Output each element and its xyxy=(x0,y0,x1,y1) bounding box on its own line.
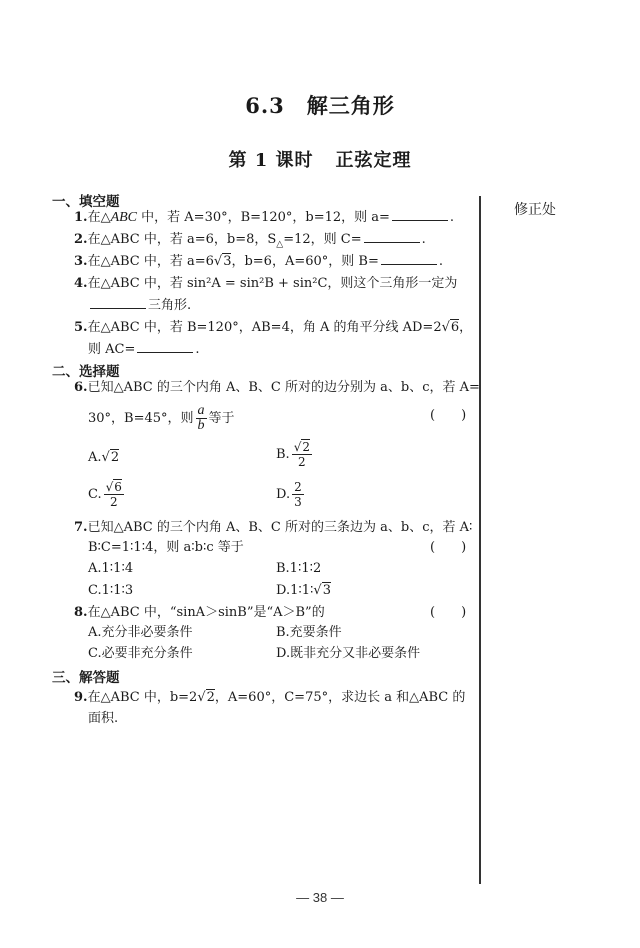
question-5: 5.在△ABC 中，若 B=120°，AB=4，角 A 的角平分线 AD=2√6… xyxy=(74,318,474,338)
question-3: 3.在△ABC 中，若 a=6√3，b=6，A=60°，则 B=. xyxy=(74,252,474,272)
question-text: 等于 xyxy=(209,411,235,426)
question-number: 6. xyxy=(74,380,88,395)
question-text: 在△ABC 中，若 sin²A = sin²B + sin²C，则这个三角形一定… xyxy=(88,276,458,291)
sqrt-radicand: 2 xyxy=(206,689,215,705)
question-5-line-2: 则 AC=. xyxy=(88,340,488,360)
answer-parentheses[interactable]: ( ) xyxy=(430,406,466,426)
option-label: C. xyxy=(88,487,102,502)
option-d[interactable]: D.1∶1∶√3 xyxy=(276,581,331,601)
question-4: 4.在△ABC 中，若 sin²A = sin²B + sin²C，则这个三角形… xyxy=(74,274,474,294)
question-number: 7. xyxy=(74,520,88,535)
answer-parentheses[interactable]: ( ) xyxy=(430,538,466,558)
fraction: √22 xyxy=(292,440,312,469)
question-text: 在△ABC 中，“sinA＞sinB”是“A＞B”的 xyxy=(88,605,325,620)
question-text: 在△ABC 中，若 a=6 xyxy=(88,254,214,269)
denominator: 3 xyxy=(294,495,302,509)
question-number: 8. xyxy=(74,605,88,620)
question-text: =12，则 C= xyxy=(283,232,361,247)
lesson-label: 第 1 课时 xyxy=(228,150,313,171)
question-number: 1. xyxy=(74,210,88,225)
denominator: b xyxy=(198,419,205,433)
denominator: 2 xyxy=(110,495,118,509)
question-text: A=30°，B=120°，b=12，则 a= xyxy=(184,210,390,225)
question-text: . xyxy=(195,342,199,357)
section-heading-free-response: 三、解答题 xyxy=(52,666,120,686)
denominator: 2 xyxy=(298,455,306,469)
lesson-title: 正弦定理 xyxy=(336,150,412,171)
option-d[interactable]: D.23 xyxy=(276,480,306,509)
question-text: 30°，B=45°，则 xyxy=(88,411,194,426)
option-label: B. xyxy=(276,447,290,462)
question-text: 则 AC= xyxy=(88,342,135,357)
sqrt-radicand: 6 xyxy=(113,479,122,494)
question-text: 在△ABC 中，若 a=6，b=8，S xyxy=(88,232,277,247)
question-number: 9. xyxy=(74,690,88,705)
answer-blank[interactable] xyxy=(392,208,448,221)
answer-blank[interactable] xyxy=(90,296,146,309)
question-text: ， xyxy=(459,320,472,335)
sqrt-radicand: 6 xyxy=(450,319,459,335)
sqrt-radicand: 2 xyxy=(110,449,119,465)
section-title: 解三角形 xyxy=(307,93,395,118)
question-text: 三角形. xyxy=(148,298,191,313)
question-text: 在△ABC 中，b=2 xyxy=(88,690,198,705)
question-9-line-2: 面积. xyxy=(88,709,488,729)
option-a[interactable]: A.√2 xyxy=(88,448,119,468)
question-text: B∶C=1∶1∶4，则 a∶b∶c 等于 xyxy=(88,540,244,555)
question-text: 在△ABC 中，若 B=120°，AB=4，角 A 的角平分线 AD=2 xyxy=(88,320,442,335)
question-number: 3. xyxy=(74,254,88,269)
question-text: 在△ xyxy=(88,210,111,225)
question-7: 7.已知△ABC 的三个内角 A、B、C 所对的三条边为 a、b、c，若 A∶ xyxy=(74,518,474,538)
page-title: 6.3解三角形 xyxy=(0,90,640,120)
option-a[interactable]: A.1∶1∶4 xyxy=(88,559,133,579)
question-text: . xyxy=(422,232,426,247)
option-c[interactable]: C.√62 xyxy=(88,480,126,509)
question-2: 2.在△ABC 中，若 a=6，b=8，S△=12，则 C=. xyxy=(74,230,474,255)
answer-blank[interactable] xyxy=(381,252,437,265)
question-text: . xyxy=(450,210,454,225)
correction-label: 修正处 xyxy=(514,199,556,219)
question-text: 中，若 xyxy=(137,210,184,225)
question-text: ，A=60°，C=75°，求边长 a 和△ABC 的 xyxy=(215,690,465,705)
answer-blank[interactable] xyxy=(364,230,420,243)
option-d[interactable]: D.既非充分又非必要条件 xyxy=(276,644,420,664)
option-b[interactable]: B.充要条件 xyxy=(276,623,342,643)
question-text: ABC xyxy=(111,210,137,225)
numerator: 2 xyxy=(292,480,304,495)
lesson-heading: 第 1 课时正弦定理 xyxy=(0,146,640,172)
option-c[interactable]: C.必要非充分条件 xyxy=(88,644,193,664)
option-b[interactable]: B.√22 xyxy=(276,440,314,469)
question-1: 1.在△ABC 中，若 A=30°，B=120°，b=12，则 a=. xyxy=(74,208,474,228)
answer-parentheses[interactable]: ( ) xyxy=(430,603,466,623)
question-7-line-2: B∶C=1∶1∶4，则 a∶b∶c 等于 ( ) xyxy=(88,538,488,558)
question-6-line-2: 30°，B=45°，则ab等于 ( ) xyxy=(88,404,488,433)
page-number: — 38 — xyxy=(0,890,640,905)
question-number: 2. xyxy=(74,232,88,247)
fraction: ab xyxy=(196,404,207,433)
option-b[interactable]: B.1∶1∶2 xyxy=(276,559,321,579)
question-number: 4. xyxy=(74,276,88,291)
numerator: a xyxy=(196,404,207,419)
option-c[interactable]: C.1∶1∶3 xyxy=(88,581,133,601)
question-8: 8.在△ABC 中，“sinA＞sinB”是“A＞B”的 ( ) xyxy=(74,603,474,623)
section-number: 6.3 xyxy=(245,93,285,118)
question-9: 9.在△ABC 中，b=2√2，A=60°，C=75°，求边长 a 和△ABC … xyxy=(74,688,474,708)
section-heading-fill-blank: 一、填空题 xyxy=(52,190,120,210)
answer-blank[interactable] xyxy=(137,340,193,353)
question-text: 已知△ABC 的三个内角 A、B、C 所对的边分别为 a、b、c，若 A= xyxy=(88,380,480,395)
question-text: 已知△ABC 的三个内角 A、B、C 所对的三条边为 a、b、c，若 A∶ xyxy=(88,520,473,535)
question-text: . xyxy=(439,254,443,269)
question-number: 5. xyxy=(74,320,88,335)
question-4-line-2: 三角形. xyxy=(88,296,488,316)
fraction: √62 xyxy=(104,480,124,509)
option-label: A. xyxy=(88,450,102,465)
fraction: 23 xyxy=(292,480,304,509)
question-text: ，b=6，A=60°，则 B= xyxy=(231,254,378,269)
option-a[interactable]: A.充分非必要条件 xyxy=(88,623,193,643)
option-label: D.1∶1∶ xyxy=(276,583,313,598)
section-heading-multiple-choice: 二、选择题 xyxy=(52,360,120,380)
sqrt-radicand: 2 xyxy=(301,439,310,454)
option-label: D. xyxy=(276,487,290,502)
sqrt-radicand: 3 xyxy=(322,582,331,598)
question-6: 6.已知△ABC 的三个内角 A、B、C 所对的边分别为 a、b、c，若 A= xyxy=(74,378,474,398)
